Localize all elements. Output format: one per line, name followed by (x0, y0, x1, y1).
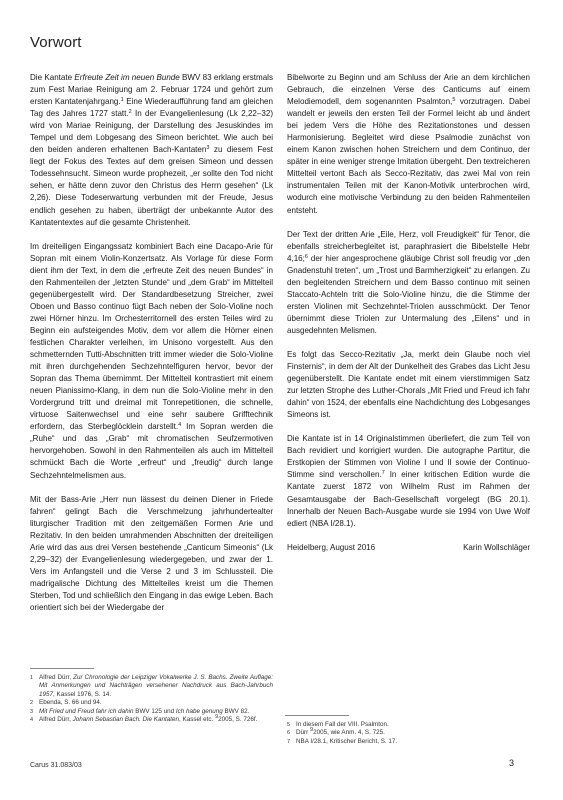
footnote: 7NBA I/28.1, Kritischer Bericht, S. 17. (287, 738, 530, 746)
italic-title: Mit Fried und Freud fahr ich dahin (39, 708, 134, 715)
paragraph: Es folgt das Secco-Rezitativ „Ja, merkt … (287, 349, 530, 421)
footnote-text: Ebenda, S. 66 und 94. (39, 699, 273, 707)
footnote-ref: 9 (310, 727, 313, 733)
footnote-text: Dürr 92005, wie Anm. 4, S. 725. (296, 729, 530, 737)
paragraph: Der Text der dritten Arie „Eile, Herz, v… (287, 229, 530, 337)
footnote-ref: 6 (305, 254, 308, 260)
footnote-number: 3 (30, 708, 39, 716)
footnote-ref: 3 (206, 145, 209, 151)
footnote-text: NBA I/28.1, Kritischer Bericht, S. 17. (296, 738, 530, 746)
footnotes-left: 1Alfred Dürr, Zur Chronologie der Leipzi… (30, 674, 273, 724)
footnote: 2Ebenda, S. 66 und 94. (30, 699, 273, 707)
footnote: 3Mit Fried und Freud fahr ich dahin BWV … (30, 708, 273, 716)
footnote-number: 5 (287, 721, 296, 729)
footnote-number: 2 (30, 699, 39, 707)
footnote-text: Alfred Dürr, Zur Chronologie der Leipzig… (39, 674, 273, 699)
paragraph: Die Kantate ist in 14 Originalstimmen üb… (287, 433, 530, 529)
catalog-number: Carus 31.083/03 (30, 762, 82, 769)
paragraph: Mit der Bass-Arie „Herr nun lässest du d… (30, 494, 273, 614)
italic-title: Johann Sebastian Bach. Die Kantaten (73, 716, 179, 723)
footnote-number: 6 (287, 729, 296, 737)
footnote-number: 4 (30, 716, 39, 724)
footnotes-right: 5In diesem Fall der VIII. Psalmton.6Dürr… (287, 721, 530, 746)
footnote-divider (30, 668, 94, 669)
paragraph: Im dreiteiligen Eingangssatz kombiniert … (30, 241, 273, 482)
footnote-ref: 1 (121, 97, 124, 103)
paragraph: Bibelworte zu Beginn und am Schluss der … (287, 72, 530, 217)
footnote-text: Mit Fried und Freud fahr ich dahin BWV 1… (39, 708, 273, 716)
signature-author: Karin Wollschläger (463, 542, 530, 554)
footnote-text: Alfred Dürr, Johann Sebastian Bach. Die … (39, 716, 273, 724)
footnote: 6Dürr 92005, wie Anm. 4, S. 725. (287, 729, 530, 737)
footnote: 4Alfred Dürr, Johann Sebastian Bach. Die… (30, 716, 273, 724)
footnote-number: 7 (287, 738, 296, 746)
signature-place-date: Heidelberg, August 2016 (287, 542, 375, 554)
page-number: 3 (509, 758, 514, 768)
italic-title: Zur Chronologie der Leipziger Vokalwerke… (39, 674, 273, 698)
right-column: Bibelworte zu Beginn und am Schluss der … (287, 72, 530, 554)
footnote-ref: 9 (215, 714, 218, 720)
left-column: Die Kantate Erfreute Zeit im neuen Bunde… (30, 72, 273, 626)
signature: Heidelberg, August 2016 Karin Wollschläg… (287, 542, 530, 554)
italic-title: Erfreute Zeit im neuen Bunde (74, 73, 179, 82)
footnote-divider (285, 715, 349, 716)
footnote-ref: 2 (129, 109, 132, 115)
footnote-number: 1 (30, 674, 39, 699)
footnote-ref: 5 (452, 97, 455, 103)
footnote: 1Alfred Dürr, Zur Chronologie der Leipzi… (30, 674, 273, 699)
footnote-ref: 4 (178, 422, 181, 428)
footnote-ref: 7 (382, 470, 385, 476)
page-title: Vorwort (30, 34, 82, 51)
paragraph: Die Kantate Erfreute Zeit im neuen Bunde… (30, 72, 273, 229)
